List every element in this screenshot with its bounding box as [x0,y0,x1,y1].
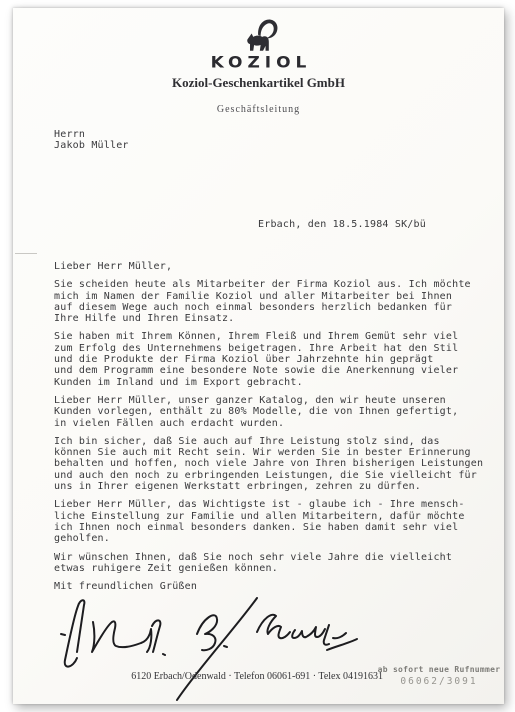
scanned-letter-page: KOZIOL Koziol-Geschenkartikel GmbH Gesch… [13,8,504,704]
company-name: Koziol-Geschenkartikel GmbH [13,75,504,91]
department-label: Geschäftsleitung [13,104,504,115]
fold-mark [15,253,37,254]
date-line: Erbach, den 18.5.1984 SK/bü [258,219,426,230]
paragraph: Ich bin sicher, daß Sie auch auf Ihre Le… [54,436,494,492]
paragraph: Wir wünschen Ihnen, daß Sie noch sehr vi… [54,552,494,575]
new-phone-number-stamp: ab sofort neue Rufnummer 06062/3091 [375,665,503,687]
paragraph: Sie scheiden heute als Mitarbeiter der F… [54,279,494,324]
letter-body: Lieber Herr Müller, Sie scheiden heute a… [54,261,494,599]
ibex-logo-icon [239,18,279,54]
stamp-number: 06062/3091 [375,676,503,687]
recipient-address: Herrn Jakob Müller [54,129,129,152]
footer-address: 6120 Erbach/Odenwald · Telefon 06061-691… [13,671,383,682]
salutation: Lieber Herr Müller, [54,261,494,272]
stamp-text: ab sofort neue Rufnummer [375,665,503,674]
recipient-name: Jakob Müller [54,140,129,151]
paragraph: Lieber Herr Müller, das Wichtigste ist -… [54,499,494,544]
handwritten-signature-right-icon [161,590,361,705]
brand-wordmark: KOZIOL [13,54,504,72]
handwritten-signature-left-icon [51,596,166,674]
paragraph: Sie haben mit Ihrem Können, Ihrem Fleiß … [54,331,494,387]
recipient-salutation: Herrn [54,129,129,140]
paragraph: Lieber Herr Müller, unser ganzer Katalog… [54,395,494,429]
letterhead: KOZIOL Koziol-Geschenkartikel GmbH Gesch… [13,18,504,115]
